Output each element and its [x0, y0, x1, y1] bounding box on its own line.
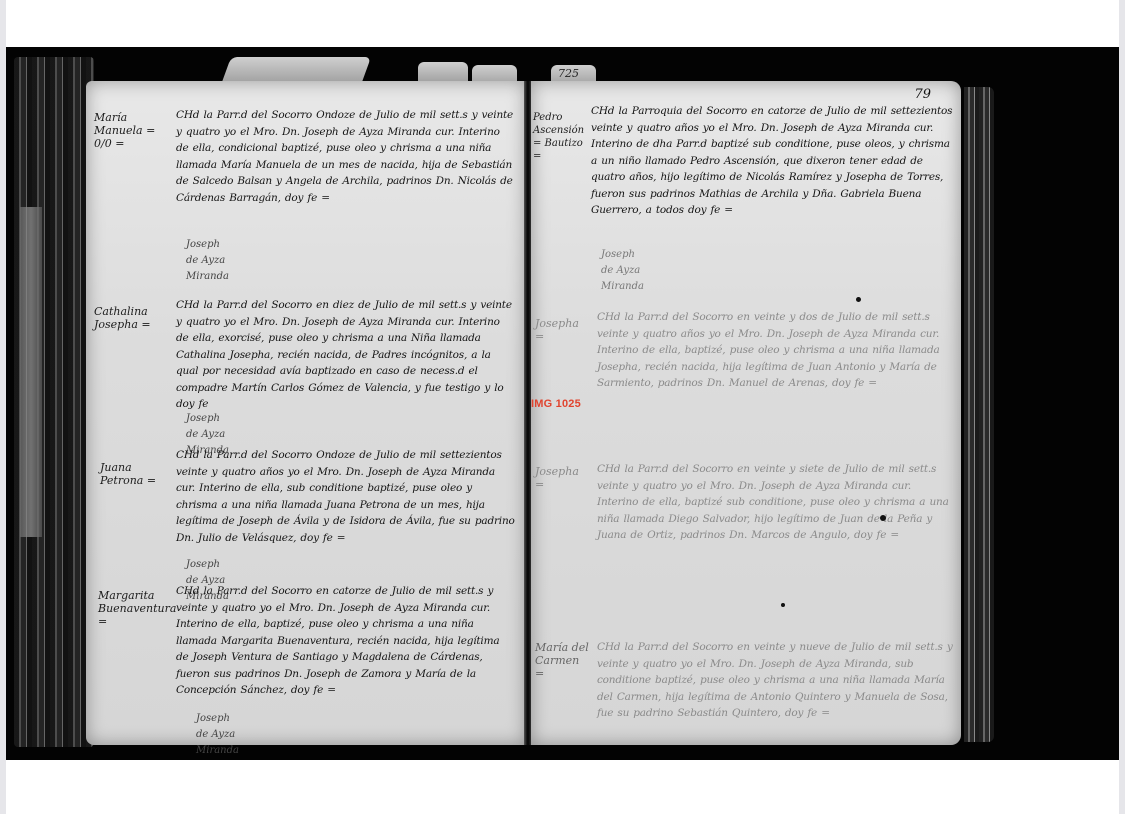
ink-spot [880, 515, 886, 521]
entry-text: CHd la Parr.d del Socorro en veinte y do… [597, 309, 953, 392]
ink-spot [781, 603, 785, 607]
entry-text: CHd la Parr.d del Socorro en catorze de … [176, 583, 516, 699]
folio-number: 725 [558, 67, 579, 80]
entry-text: CHd la Parr.d del Socorro en veinte y nu… [597, 639, 953, 722]
entry-text: CHd la Parr.d del Socorro Ondoze de Juli… [176, 107, 516, 206]
entry-signature: Joseph de Ayza Miranda [601, 247, 644, 295]
entry-margin-name: Josepha = [535, 317, 590, 343]
entry-signature: Joseph de Ayza Miranda [196, 711, 239, 759]
entry-margin-name: María Manuela = 0/0 = [94, 111, 164, 150]
entry-margin-name: María del Carmen = [535, 641, 590, 680]
entry-text: CHd la Parr.d del Socorro en diez de Jul… [176, 297, 516, 413]
entry-margin-name: Juana Petrona = [100, 461, 170, 487]
image-label: IMG 1025 [531, 398, 581, 410]
entry-margin-name: Cathalina Josepha = [94, 305, 164, 331]
left-page: María Manuela = 0/0 = CHd la Parr.d del … [86, 81, 526, 745]
ink-spot [856, 297, 861, 302]
entry-margin-name: Josepha = [535, 465, 590, 491]
entry-signature: Joseph de Ayza Miranda [186, 237, 229, 285]
book-edge-right [964, 87, 994, 742]
entry-text: CHd la Parr.d del Socorro Ondoze de Juli… [176, 447, 516, 546]
entry-margin-name: Pedro Ascensión = Bautizo = [533, 111, 588, 163]
viewer-frame-right-edge [1119, 0, 1125, 814]
entry-margin-name: Margarita Buenaventura = [98, 589, 168, 628]
page-number: 79 [914, 87, 931, 102]
loose-sheet [20, 207, 42, 537]
entry-text: CHd la Parr.d del Socorro en veinte y si… [597, 461, 953, 544]
right-page: 79 Pedro Ascensión = Bautizo = CHd la Pa… [531, 81, 961, 745]
entry-text: CHd la Parroquia del Socorro en catorze … [591, 103, 953, 219]
